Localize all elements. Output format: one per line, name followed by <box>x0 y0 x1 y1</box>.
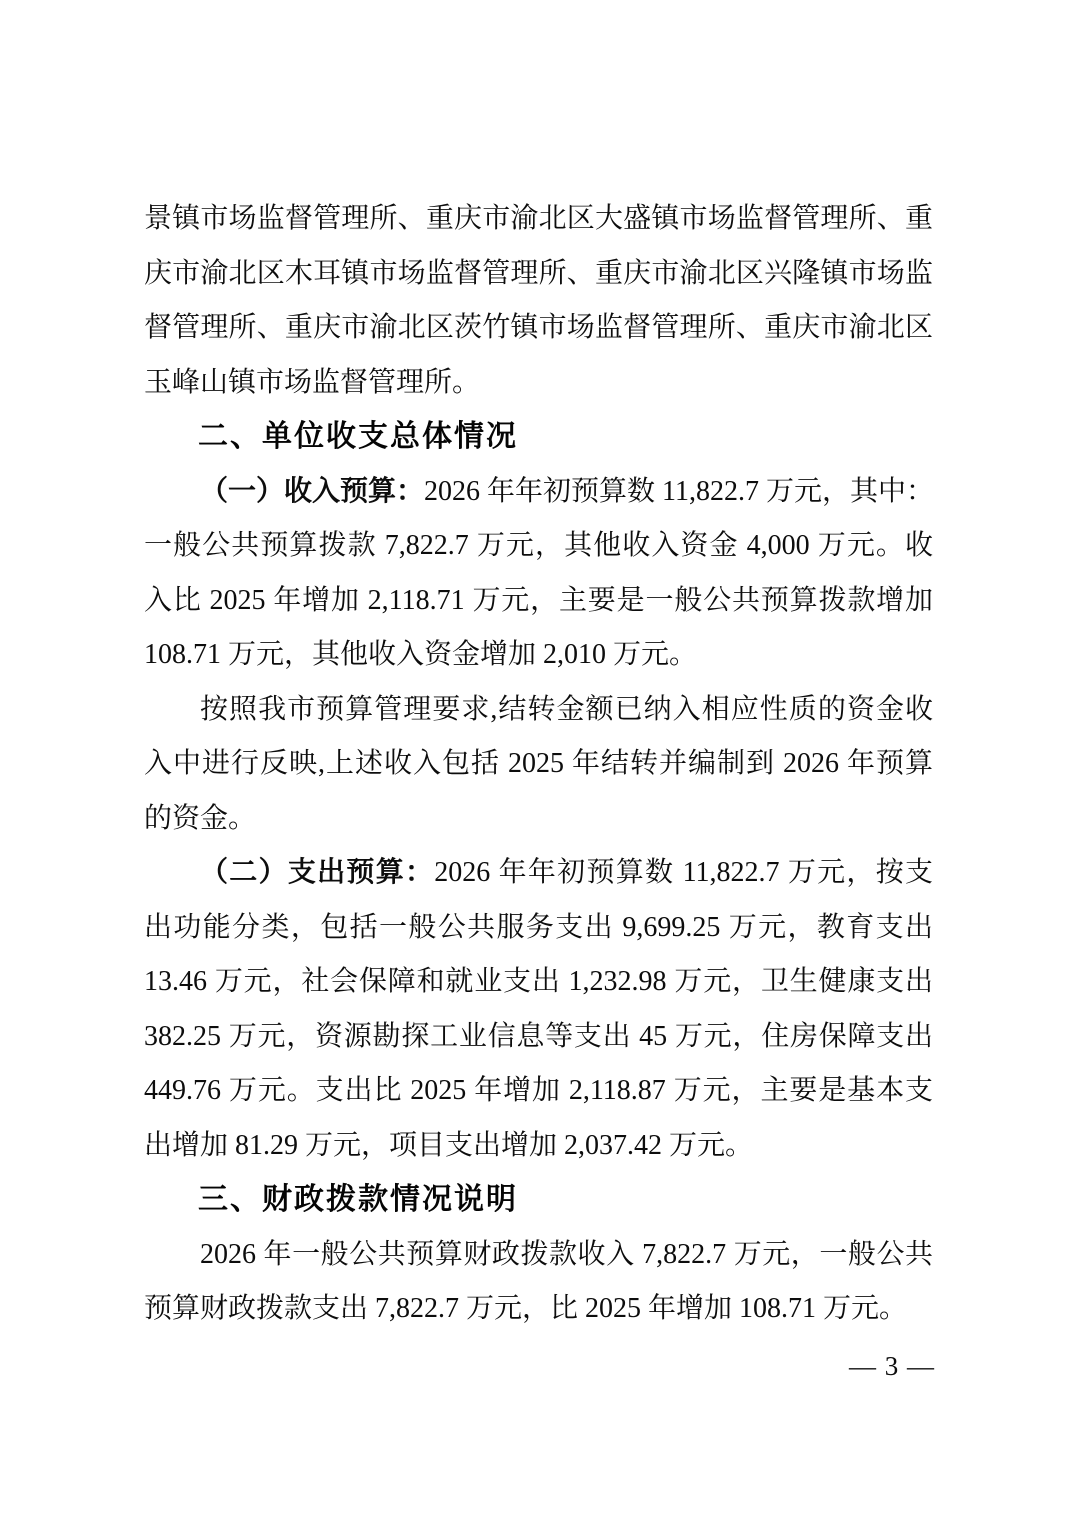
page-number: — 3 — <box>849 1349 935 1383</box>
text-line: 入比 2025 年增加 2,118.71 万元，主要是一般公共预算拨款增加 <box>144 574 933 629</box>
text-segment: 2026 年年初预算数 11,822.7 万元，按支 <box>434 857 933 888</box>
text-line: 108.71 万元，其他收入资金增加 2,010 万元。 <box>144 628 933 683</box>
document-content: 景镇市场监督管理所、重庆市渝北区大盛镇市场监督管理所、重庆市渝北区木耳镇市场监督… <box>144 192 933 1337</box>
text-line: （二）支出预算：2026 年年初预算数 11,822.7 万元，按支 <box>144 846 933 901</box>
text-line: 景镇市场监督管理所、重庆市渝北区大盛镇市场监督管理所、重 <box>144 192 933 247</box>
section-heading: 三、财政拨款情况说明 <box>144 1173 933 1228</box>
text-line: 玉峰山镇市场监督管理所。 <box>144 356 933 411</box>
text-line: 的资金。 <box>144 792 933 847</box>
section-heading: 二、单位收支总体情况 <box>144 410 933 465</box>
text-line: 督管理所、重庆市渝北区茨竹镇市场监督管理所、重庆市渝北区 <box>144 301 933 356</box>
text-line: 入中进行反映,上述收入包括 2025 年结转并编制到 2026 年预算 <box>144 737 933 792</box>
paragraph: 2026 年一般公共预算财政拨款收入 7,822.7 万元，一般公共预算财政拨款… <box>144 1228 933 1337</box>
paragraph: 景镇市场监督管理所、重庆市渝北区大盛镇市场监督管理所、重庆市渝北区木耳镇市场监督… <box>144 192 933 410</box>
text-line: 按照我市预算管理要求,结转金额已纳入相应性质的资金收 <box>144 683 933 738</box>
paragraph: 按照我市预算管理要求,结转金额已纳入相应性质的资金收入中进行反映,上述收入包括 … <box>144 683 933 847</box>
paragraph: （二）支出预算：2026 年年初预算数 11,822.7 万元，按支出功能分类，… <box>144 846 933 1173</box>
text-line: 2026 年一般公共预算财政拨款收入 7,822.7 万元，一般公共 <box>144 1228 933 1283</box>
bold-lead-text: （二）支出预算： <box>200 857 434 888</box>
text-line: 出功能分类，包括一般公共服务支出 9,699.25 万元，教育支出 <box>144 901 933 956</box>
text-line: 382.25 万元，资源勘探工业信息等支出 45 万元，住房保障支出 <box>144 1010 933 1065</box>
bold-lead-text: （一）收入预算： <box>200 476 424 507</box>
text-line: 一般公共预算拨款 7,822.7 万元，其他收入资金 4,000 万元。收 <box>144 519 933 574</box>
text-segment: 2026 年年初预算数 11,822.7 万元，其中： <box>424 476 933 507</box>
text-line: 449.76 万元。支出比 2025 年增加 2,118.87 万元，主要是基本… <box>144 1064 933 1119</box>
text-line: 预算财政拨款支出 7,822.7 万元，比 2025 年增加 108.71 万元… <box>144 1282 933 1337</box>
text-line: 庆市渝北区木耳镇市场监督管理所、重庆市渝北区兴隆镇市场监 <box>144 247 933 302</box>
text-line: 13.46 万元，社会保障和就业支出 1,232.98 万元，卫生健康支出 <box>144 955 933 1010</box>
text-line: （一）收入预算：2026 年年初预算数 11,822.7 万元，其中： <box>144 465 933 520</box>
text-line: 出增加 81.29 万元，项目支出增加 2,037.42 万元。 <box>144 1119 933 1174</box>
document-page: 景镇市场监督管理所、重庆市渝北区大盛镇市场监督管理所、重庆市渝北区木耳镇市场监督… <box>0 0 1074 1520</box>
paragraph: （一）收入预算：2026 年年初预算数 11,822.7 万元，其中：一般公共预… <box>144 465 933 683</box>
